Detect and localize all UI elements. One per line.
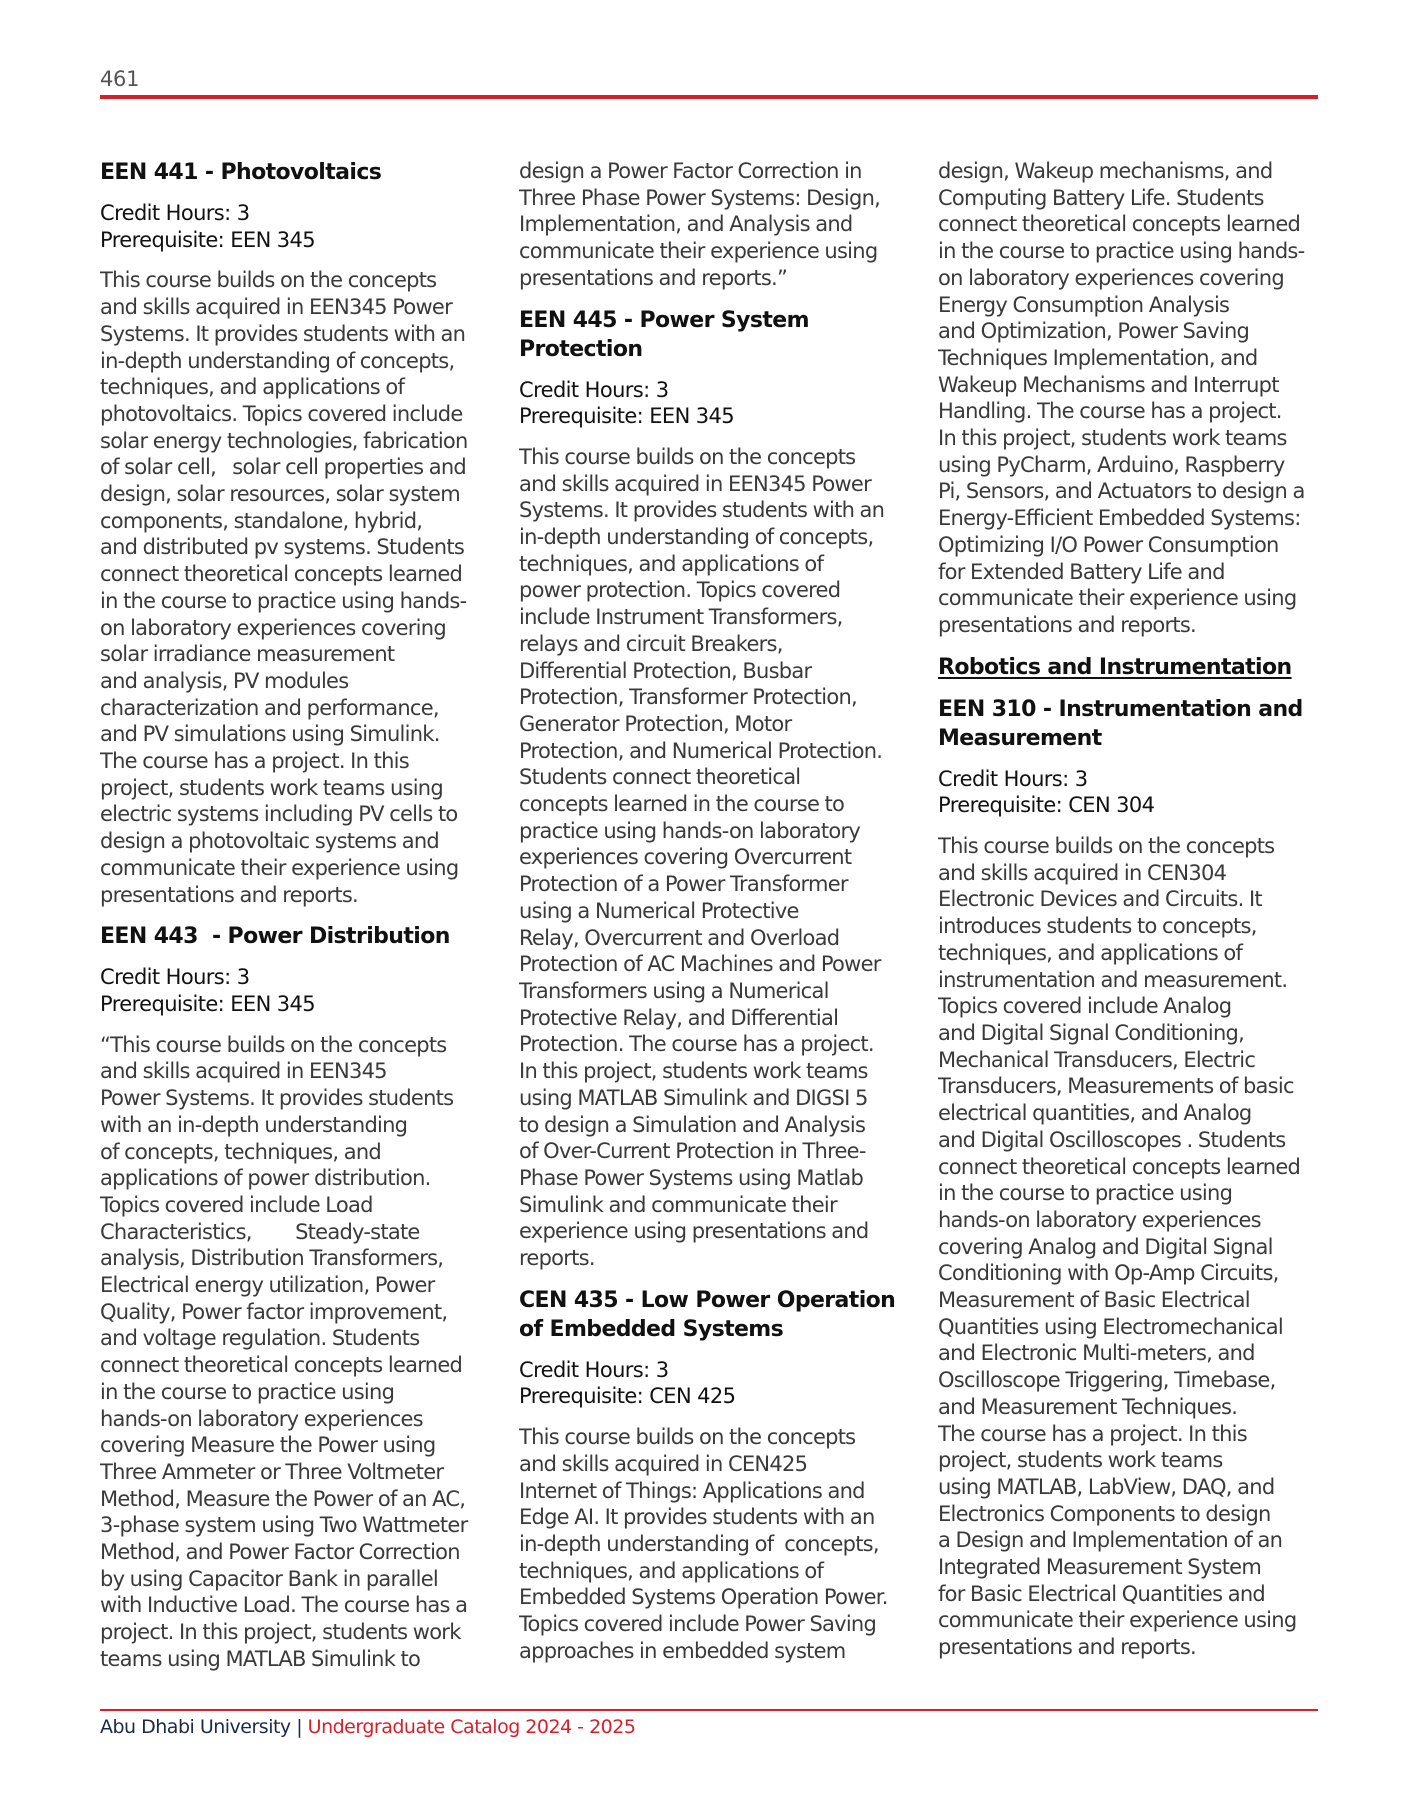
description-line: Systems. It provides students with an xyxy=(100,321,500,348)
description-line: and skills acquired in CEN304 xyxy=(938,860,1338,887)
description-line: in-depth understanding of concepts, xyxy=(519,524,919,551)
description-line: Protection of a Power Transformer xyxy=(519,871,919,898)
footer-divider xyxy=(100,1709,1318,1711)
description-line: communicate their experience using xyxy=(938,585,1338,612)
description-line: with Inductive Load. The course has a xyxy=(100,1592,500,1619)
description-line: and Digital Oscilloscopes . Students xyxy=(938,1127,1338,1154)
description-line: Students connect theoretical xyxy=(519,764,919,791)
course-meta: Credit Hours: 3Prerequisite: CEN 304 xyxy=(938,766,1338,819)
course-title: EEN 310 - Instrumentation andMeasurement xyxy=(938,695,1338,753)
description-line: The course has a project. In this xyxy=(100,748,500,775)
description-line: concepts learned in the course to xyxy=(519,791,919,818)
description-line: relays and circuit Breakers, xyxy=(519,631,919,658)
description-line: Protection, Transformer Protection, xyxy=(519,684,919,711)
description-line: on laboratory experiences covering xyxy=(100,615,500,642)
description-line: characterization and performance, xyxy=(100,695,500,722)
description-line: hands-on laboratory experiences xyxy=(938,1207,1338,1234)
description-line: project, students work teams xyxy=(938,1447,1338,1474)
description-line: Transformers using a Numerical xyxy=(519,978,919,1005)
description-line: using PyCharm, Arduino, Raspberry xyxy=(938,452,1338,479)
column-2: design a Power Factor Correction inThree… xyxy=(519,158,919,1678)
description-line: practice using hands-on laboratory xyxy=(519,818,919,845)
description-line: in the course to practice using xyxy=(938,1180,1338,1207)
course-title: EEN 445 - Power SystemProtection xyxy=(519,306,919,364)
course-title: EEN 443 - Power Distribution xyxy=(100,922,500,951)
description-line: Implementation, and Analysis and xyxy=(519,211,919,238)
description-line: in the course to practice using hands- xyxy=(100,588,500,615)
description-line: of solar cell, solar cell properties and xyxy=(100,454,500,481)
description-line: Embedded Systems Operation Power. xyxy=(519,1584,919,1611)
course-description-continued: design, Wakeup mechanisms, andComputing … xyxy=(938,158,1338,639)
description-line: components, standalone, hybrid, xyxy=(100,508,500,535)
course-title-line: EEN 445 - Power System xyxy=(519,306,919,335)
course-title-line: EEN 441 - Photovoltaics xyxy=(100,158,500,187)
description-line: Oscilloscope Triggering, Timebase, xyxy=(938,1367,1338,1394)
description-line: Protection, and Numerical Protection. xyxy=(519,738,919,765)
description-line: Transducers, Measurements of basic xyxy=(938,1073,1338,1100)
description-line: in the course to practice using hands- xyxy=(938,238,1338,265)
description-line: a Design and Implementation of an xyxy=(938,1527,1338,1554)
description-line: techniques, and applications of xyxy=(519,1558,919,1585)
description-line: techniques, and applications of xyxy=(519,551,919,578)
course-description: This course builds on the conceptsand sk… xyxy=(938,833,1338,1661)
description-line: project, students work teams using xyxy=(100,775,500,802)
description-line: Three Ammeter or Three Voltmeter xyxy=(100,1459,500,1486)
course-title-line: EEN 310 - Instrumentation and xyxy=(938,695,1338,724)
description-line: Simulink and communicate their xyxy=(519,1192,919,1219)
description-line: Energy-Efficient Embedded Systems: xyxy=(938,505,1338,532)
prerequisite: Prerequisite: EEN 345 xyxy=(100,227,500,254)
course-description: This course builds on the conceptsand sk… xyxy=(100,267,500,908)
description-line: and skills acquired in EEN345 Power xyxy=(100,294,500,321)
description-line: Topics covered include Load xyxy=(100,1192,500,1219)
description-line: Differential Protection, Busbar xyxy=(519,658,919,685)
description-line: Quantities using Electromechanical xyxy=(938,1314,1338,1341)
description-line: Electronic Devices and Circuits. It xyxy=(938,886,1338,913)
description-line: hands-on laboratory experiences xyxy=(100,1406,500,1433)
description-line: covering Measure the Power using xyxy=(100,1432,500,1459)
description-line: presentations and reports. xyxy=(938,612,1338,639)
description-line: Protection of AC Machines and Power xyxy=(519,951,919,978)
description-line: This course builds on the concepts xyxy=(938,833,1338,860)
course-meta: Credit Hours: 3Prerequisite: EEN 345 xyxy=(100,200,500,253)
description-line: Integrated Measurement System xyxy=(938,1554,1338,1581)
description-line: and distributed pv systems. Students xyxy=(100,534,500,561)
description-line: Method, and Power Factor Correction xyxy=(100,1539,500,1566)
credit-hours: Credit Hours: 3 xyxy=(519,1357,919,1384)
description-line: Topics covered include Power Saving xyxy=(519,1611,919,1638)
prerequisite: Prerequisite: CEN 304 xyxy=(938,792,1338,819)
description-line: This course builds on the concepts xyxy=(100,267,500,294)
description-line: Measurement of Basic Electrical xyxy=(938,1287,1338,1314)
course-description-continued: design a Power Factor Correction inThree… xyxy=(519,158,919,292)
description-line: to design a Simulation and Analysis xyxy=(519,1112,919,1139)
description-line: of Over-Current Protection in Three- xyxy=(519,1138,919,1165)
description-line: of concepts, techniques, and xyxy=(100,1139,500,1166)
description-line: power protection. Topics covered xyxy=(519,577,919,604)
description-line: include Instrument Transformers, xyxy=(519,604,919,631)
description-line: Energy Consumption Analysis xyxy=(938,292,1338,319)
course-description: “This course builds on the conceptsand s… xyxy=(100,1032,500,1673)
credit-hours: Credit Hours: 3 xyxy=(100,200,500,227)
description-line: photovoltaics. Topics covered include xyxy=(100,401,500,428)
page-number: 461 xyxy=(100,67,139,91)
description-line: Characteristics, Steady-state xyxy=(100,1219,500,1246)
description-line: Electrical energy utilization, Power xyxy=(100,1272,500,1299)
description-line: Method, Measure the Power of an AC, xyxy=(100,1486,500,1513)
description-line: applications of power distribution. xyxy=(100,1165,500,1192)
prerequisite: Prerequisite: EEN 345 xyxy=(519,403,919,430)
description-line: solar irradiance measurement xyxy=(100,641,500,668)
description-line: Generator Protection, Motor xyxy=(519,711,919,738)
description-line: in-depth understanding of concepts, xyxy=(519,1531,919,1558)
description-line: Phase Power Systems using Matlab xyxy=(519,1165,919,1192)
description-line: Optimizing I/O Power Consumption xyxy=(938,532,1338,559)
description-line: solar energy technologies, fabrication xyxy=(100,428,500,455)
description-line: Electronics Components to design xyxy=(938,1501,1338,1528)
description-line: presentations and reports.” xyxy=(519,265,919,292)
credit-hours: Credit Hours: 3 xyxy=(100,964,500,991)
credit-hours: Credit Hours: 3 xyxy=(519,377,919,404)
description-line: experiences covering Overcurrent xyxy=(519,844,919,871)
description-line: and voltage regulation. Students xyxy=(100,1325,500,1352)
description-line: using a Numerical Protective xyxy=(519,898,919,925)
column-1: EEN 441 - PhotovoltaicsCredit Hours: 3Pr… xyxy=(100,158,500,1687)
description-line: analysis, Distribution Transformers, xyxy=(100,1245,500,1272)
description-line: and Digital Signal Conditioning, xyxy=(938,1020,1338,1047)
description-line: design a photovoltaic systems and xyxy=(100,828,500,855)
description-line: Protection. The course has a project. xyxy=(519,1031,919,1058)
description-line: Conditioning with Op-Amp Circuits, xyxy=(938,1260,1338,1287)
description-line: presentations and reports. xyxy=(100,882,500,909)
description-line: Pi, Sensors, and Actuators to design a xyxy=(938,478,1338,505)
description-line: using MATLAB Simulink and DIGSI 5 xyxy=(519,1085,919,1112)
description-line: by using Capacitor Bank in parallel xyxy=(100,1566,500,1593)
description-line: in-depth understanding of concepts, xyxy=(100,348,500,375)
course-title: EEN 441 - Photovoltaics xyxy=(100,158,500,187)
description-line: on laboratory experiences covering xyxy=(938,265,1338,292)
description-line: instrumentation and measurement. xyxy=(938,967,1338,994)
description-line: Edge AI. It provides students with an xyxy=(519,1504,919,1531)
description-line: techniques, and applications of xyxy=(938,940,1338,967)
description-line: In this project, students work teams xyxy=(519,1058,919,1085)
description-line: Handling. The course has a project. xyxy=(938,398,1338,425)
course-title-line: EEN 443 - Power Distribution xyxy=(100,922,500,951)
description-line: for Extended Battery Life and xyxy=(938,559,1338,586)
header-divider xyxy=(100,95,1318,99)
description-line: and Electronic Multi-meters, and xyxy=(938,1340,1338,1367)
description-line: Relay, Overcurrent and Overload xyxy=(519,925,919,952)
description-line: in the course to practice using xyxy=(100,1379,500,1406)
course-meta: Credit Hours: 3Prerequisite: EEN 345 xyxy=(100,964,500,1017)
description-line: approaches in embedded system xyxy=(519,1638,919,1665)
description-line: The course has a project. In this xyxy=(938,1421,1338,1448)
description-line: experience using presentations and xyxy=(519,1218,919,1245)
description-line: connect theoretical concepts learned xyxy=(938,1154,1338,1181)
column-3: design, Wakeup mechanisms, andComputing … xyxy=(938,158,1338,1675)
prerequisite: Prerequisite: CEN 425 xyxy=(519,1383,919,1410)
footer: Abu Dhabi University | Undergraduate Cat… xyxy=(100,1716,635,1738)
description-line: Wakeup Mechanisms and Interrupt xyxy=(938,372,1338,399)
credit-hours: Credit Hours: 3 xyxy=(938,766,1338,793)
description-line: introduces students to concepts, xyxy=(938,913,1338,940)
course-title-line: Measurement xyxy=(938,724,1338,753)
description-line: using MATLAB, LabView, DAQ, and xyxy=(938,1474,1338,1501)
description-line: Power Systems. It provides students xyxy=(100,1085,500,1112)
description-line: techniques, and applications of xyxy=(100,374,500,401)
description-line: Mechanical Transducers, Electric xyxy=(938,1047,1338,1074)
description-line: for Basic Electrical Quantities and xyxy=(938,1581,1338,1608)
course-title-line: CEN 435 - Low Power Operation xyxy=(519,1286,919,1315)
footer-catalog-title: Undergraduate Catalog 2024 - 2025 xyxy=(308,1716,636,1738)
description-line: and analysis, PV modules xyxy=(100,668,500,695)
description-line: and skills acquired in EEN345 Power xyxy=(519,471,919,498)
description-line: communicate their experience using xyxy=(519,238,919,265)
description-line: connect theoretical concepts learned xyxy=(100,561,500,588)
description-line: project. In this project, students work xyxy=(100,1619,500,1646)
footer-separator: | xyxy=(291,1716,308,1738)
description-line: design, Wakeup mechanisms, and xyxy=(938,158,1338,185)
description-line: design, solar resources, solar system xyxy=(100,481,500,508)
description-line: and skills acquired in EEN345 xyxy=(100,1058,500,1085)
description-line: covering Analog and Digital Signal xyxy=(938,1234,1338,1261)
description-line: communicate their experience using xyxy=(938,1607,1338,1634)
course-description: This course builds on the conceptsand sk… xyxy=(519,1424,919,1664)
description-line: with an in-depth understanding xyxy=(100,1112,500,1139)
course-meta: Credit Hours: 3Prerequisite: CEN 425 xyxy=(519,1357,919,1410)
description-line: “This course builds on the concepts xyxy=(100,1032,500,1059)
course-title-line: of Embedded Systems xyxy=(519,1315,919,1344)
description-line: This course builds on the concepts xyxy=(519,1424,919,1451)
description-line: reports. xyxy=(519,1245,919,1272)
description-line: electrical quantities, and Analog xyxy=(938,1100,1338,1127)
description-line: and PV simulations using Simulink. xyxy=(100,721,500,748)
description-line: and Optimization, Power Saving xyxy=(938,318,1338,345)
description-line: communicate their experience using xyxy=(100,855,500,882)
description-line: Three Phase Power Systems: Design, xyxy=(519,185,919,212)
description-line: In this project, students work teams xyxy=(938,425,1338,452)
description-line: Internet of Things: Applications and xyxy=(519,1478,919,1505)
section-heading: Robotics and Instrumentation xyxy=(938,653,1338,682)
course-description: This course builds on the conceptsand sk… xyxy=(519,444,919,1272)
description-line: Systems. It provides students with an xyxy=(519,497,919,524)
description-line: Topics covered include Analog xyxy=(938,993,1338,1020)
description-line: presentations and reports. xyxy=(938,1634,1338,1661)
description-line: design a Power Factor Correction in xyxy=(519,158,919,185)
description-line: and skills acquired in CEN425 xyxy=(519,1451,919,1478)
description-line: This course builds on the concepts xyxy=(519,444,919,471)
description-line: electric systems including PV cells to xyxy=(100,801,500,828)
description-line: Protective Relay, and Differential xyxy=(519,1005,919,1032)
description-line: Quality, Power factor improvement, xyxy=(100,1299,500,1326)
description-line: connect theoretical concepts learned xyxy=(938,211,1338,238)
description-line: 3-phase system using Two Wattmeter xyxy=(100,1512,500,1539)
description-line: Techniques Implementation, and xyxy=(938,345,1338,372)
description-line: connect theoretical concepts learned xyxy=(100,1352,500,1379)
prerequisite: Prerequisite: EEN 345 xyxy=(100,991,500,1018)
course-meta: Credit Hours: 3Prerequisite: EEN 345 xyxy=(519,377,919,430)
course-title-line: Protection xyxy=(519,335,919,364)
footer-organization: Abu Dhabi University xyxy=(100,1716,291,1738)
course-title: CEN 435 - Low Power Operationof Embedded… xyxy=(519,1286,919,1344)
description-line: teams using MATLAB Simulink to xyxy=(100,1646,500,1673)
description-line: Computing Battery Life. Students xyxy=(938,185,1338,212)
description-line: and Measurement Techniques. xyxy=(938,1394,1338,1421)
